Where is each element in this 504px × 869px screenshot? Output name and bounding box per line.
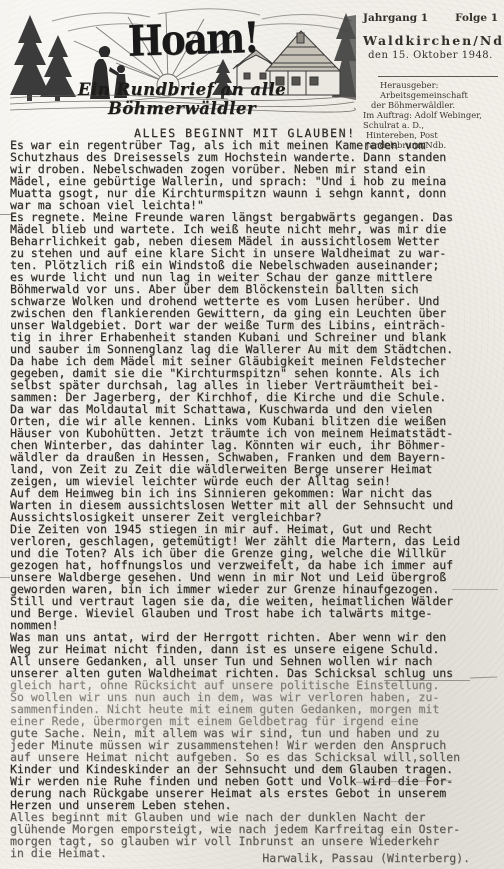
divider-rule [378,76,498,77]
closing-line: in die Heimat. Harwalik, Passau (Winterb… [10,847,496,859]
signature: Harwalik, Passau (Winterberg). [262,852,470,864]
text-line: und Berge. Wieviel Glauben und Trost hab… [10,607,496,619]
publisher-line: der Böhmerwäldler. [363,100,498,110]
scan-artifact-dash [0,577,10,578]
text-line: auf unsere Heimat nicht aufgeben. So es … [10,751,496,763]
article-body: Es war ein regentrüber Tag, als ich mit … [10,139,496,847]
publisher-line: Herausgeber: Arbeitsgemeinschaft [363,80,498,100]
issue-date: den 15. Oktober 1948. [363,50,498,61]
closing-text: in die Heimat. [10,847,107,859]
issue-number: Folge 1 [455,12,498,24]
scan-artifact-dash [452,589,498,590]
newsletter-subtitle: Ein Rundbrief an alle Böhmerwäldler [8,80,356,118]
issue-volume: Jahrgang 1 [363,12,428,24]
scan-artifact-dash [0,214,12,215]
scanned-newsletter-page: Hoam! Ein Rundbrief an alle Böhmerwäldle… [0,0,504,869]
scan-artifact-underline [384,680,470,681]
issue-place: Waldkirchen/Ndb., [363,33,498,48]
article: ALLES BEGINNT MIT GLAUBEN! Es war ein re… [10,126,496,859]
newsletter-title: Hoam! [127,17,242,62]
masthead-illustration: Hoam! Ein Rundbrief an alle Böhmerwäldle… [8,5,356,118]
